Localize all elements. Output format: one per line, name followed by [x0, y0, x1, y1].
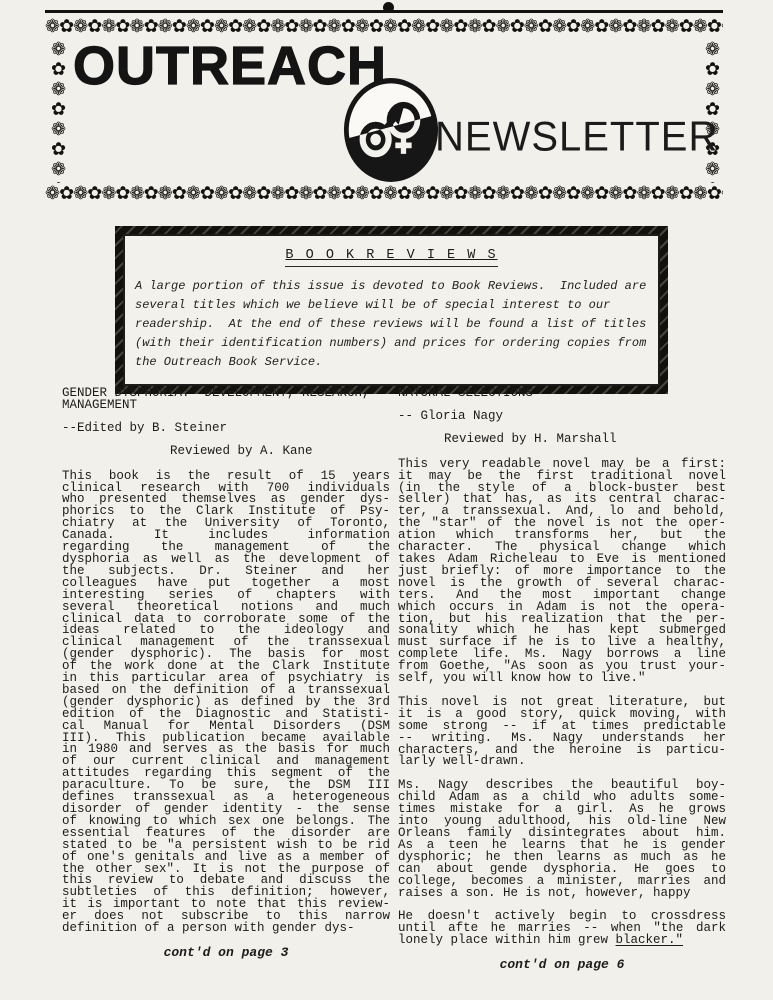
- review-column-left: GENDER DYSPHORIA: DEVELOPMENT, RESEARCH,…: [62, 388, 390, 959]
- text-line: lonely place within him grew blacker.": [398, 935, 726, 947]
- book-reviews-intro: A large portion of this issue is devoted…: [135, 277, 648, 372]
- vine-border-left: ❁✿❁✿❁✿❁✿❁✿❁✿❁✿❁✿❁✿❁✿❁✿❁✿❁✿❁✿❁✿❁✿❁✿❁✿❁✿❁✿…: [45, 39, 69, 183]
- masthead: ❁✿❁✿❁✿❁✿❁✿❁✿❁✿❁✿❁✿❁✿❁✿❁✿❁✿❁✿❁✿❁✿❁✿❁✿❁✿❁✿…: [45, 10, 723, 206]
- review-byline: -- Gloria Nagy: [398, 411, 726, 423]
- continuation-note: cont'd on page 6: [398, 959, 726, 971]
- text-line: self, you will know how to live.": [398, 673, 726, 685]
- gender-symbols-logo: [343, 77, 439, 183]
- masthead-subtitle: NEWSLETTER: [435, 114, 718, 161]
- review-byline: --Edited by B. Steiner: [62, 423, 390, 435]
- masthead-title: OUTREACH: [73, 35, 387, 97]
- review-body: This book is the result of 15 yearsclini…: [62, 471, 390, 935]
- text-line: raises a son. He is not, however, happy: [398, 888, 726, 900]
- paragraph: This book is the result of 15 yearsclini…: [62, 471, 390, 935]
- review-reviewer: Reviewed by H. Marshall: [398, 434, 726, 446]
- review-title: GENDER DYSPHORIA: DEVELOPMENT, RESEARCH,…: [62, 388, 390, 412]
- book-reviews-box: B O O K R E V I E W S A large portion of…: [115, 226, 668, 394]
- paragraph: This novel is not great literature, buti…: [398, 697, 726, 768]
- book-reviews-heading-text: B O O K R E V I E W S: [285, 248, 497, 267]
- newsletter-page: { "colors": { "paper": "#f2f0ea", "ink":…: [0, 0, 773, 1000]
- text-line: larly well-drawn.: [398, 756, 726, 768]
- paragraph: This very readable novel may be a first:…: [398, 459, 726, 685]
- review-body: This very readable novel may be a first:…: [398, 459, 726, 947]
- review-title: NATURAL SELECTIONS: [398, 388, 726, 400]
- vine-border-right: ❁✿❁✿❁✿❁✿❁✿❁✿❁✿❁✿❁✿❁✿❁✿❁✿❁✿❁✿❁✿❁✿❁✿❁✿❁✿❁✿…: [699, 39, 723, 183]
- vine-border-bottom: ❁✿❁✿❁✿❁✿❁✿❁✿❁✿❁✿❁✿❁✿❁✿❁✿❁✿❁✿❁✿❁✿❁✿❁✿❁✿❁✿…: [45, 183, 723, 206]
- book-reviews-box-inner: B O O K R E V I E W S A large portion of…: [123, 234, 660, 386]
- paragraph: Ms. Nagy describes the beautiful boy-chi…: [398, 780, 726, 899]
- review-column-right: NATURAL SELECTIONS -- Gloria Nagy Review…: [398, 388, 726, 971]
- book-reviews-heading: B O O K R E V I E W S: [135, 248, 648, 263]
- review-reviewer: Reviewed by A. Kane: [62, 446, 390, 458]
- text-line: definition of a person with gender dys-: [62, 923, 390, 935]
- continuation-note: cont'd on page 3: [62, 947, 390, 959]
- paragraph: He doesn't actively begin to crossdressu…: [398, 911, 726, 947]
